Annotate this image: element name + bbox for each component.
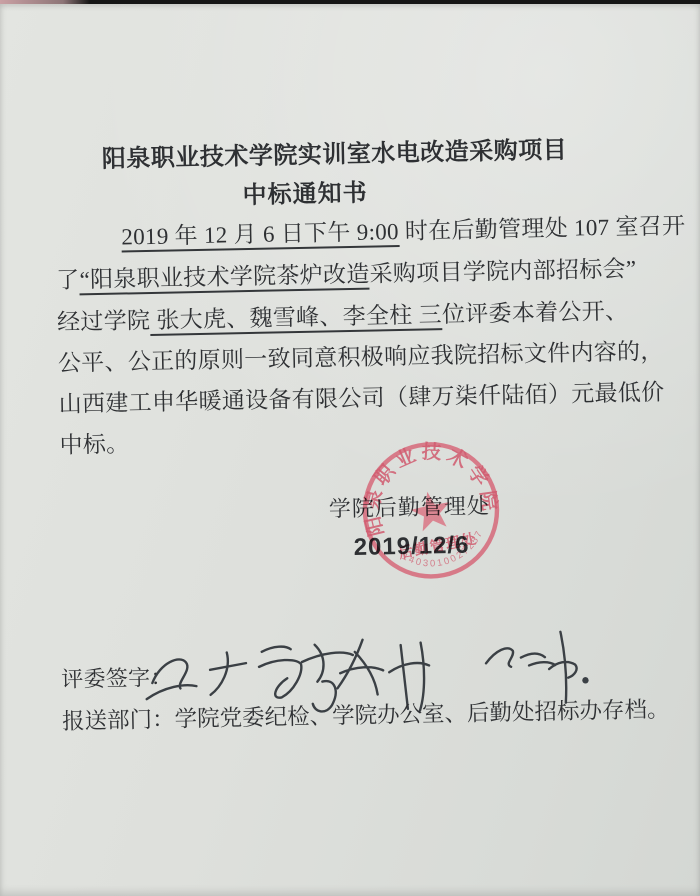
body-line-1: 2019 年 12 月 6 日下午 9:00 时在后勤管理处 107 室召开 — [121, 207, 686, 251]
body-line-6: 中标。 — [59, 425, 130, 459]
seal-star-icon — [408, 488, 454, 533]
body-line-2: 了“阳泉职业技术学院茶炉改造采购项目学院内部招标会” — [56, 250, 637, 295]
document-title-line2: 中标通知书 — [242, 173, 368, 211]
document-content: 阳泉职业技术学院实训室水电改造采购项目 中标通知书 2019 年 12 月 6 … — [0, 0, 700, 896]
body-line-2-underlined: “阳泉职业技术学院茶炉改造 — [79, 262, 370, 296]
body-line-2-prefix: 了 — [56, 267, 80, 292]
body-line-2-rest: 采购项目学院内部招标会” — [369, 256, 636, 286]
body-line-3-underlined: 张大虎、魏雪峰、李全柱 三 — [150, 302, 442, 336]
body-line-5: 山西建工申华暖通设备有限公司（肆万柒仟陆佰）元最低价 — [58, 374, 664, 419]
body-line-1-underlined: 2019 年 12 月 6 日下午 9:00 — [121, 219, 399, 253]
photographed-document: 阳泉职业技术学院实训室水电改造采购项目 中标通知书 2019 年 12 月 6 … — [0, 0, 700, 896]
document-title-line1: 阳泉职业技术学院实训室水电改造采购项目 — [101, 130, 567, 174]
signature-zhang-dahu — [146, 646, 302, 700]
body-line-3-prefix: 经过学院 — [57, 308, 151, 335]
paper-sheet: 阳泉职业技术学院实训室水电改造采购项目 中标通知书 2019 年 12 月 6 … — [0, 4, 700, 896]
body-line-4: 公平、公正的原则一致同意积极响应我院招标文件内容的， — [58, 333, 664, 378]
body-line-1-rest: 时在后勤管理处 107 室召开 — [399, 213, 686, 244]
body-line-3-rest: 位评委本着公开、 — [442, 298, 629, 327]
body-line-3: 经过学院 张大虎、魏雪峰、李全柱 三位评委本着公开、 — [57, 292, 629, 336]
official-seal: 阳泉职业技术学院 后勤管理处 1403010027257 — [343, 423, 518, 598]
